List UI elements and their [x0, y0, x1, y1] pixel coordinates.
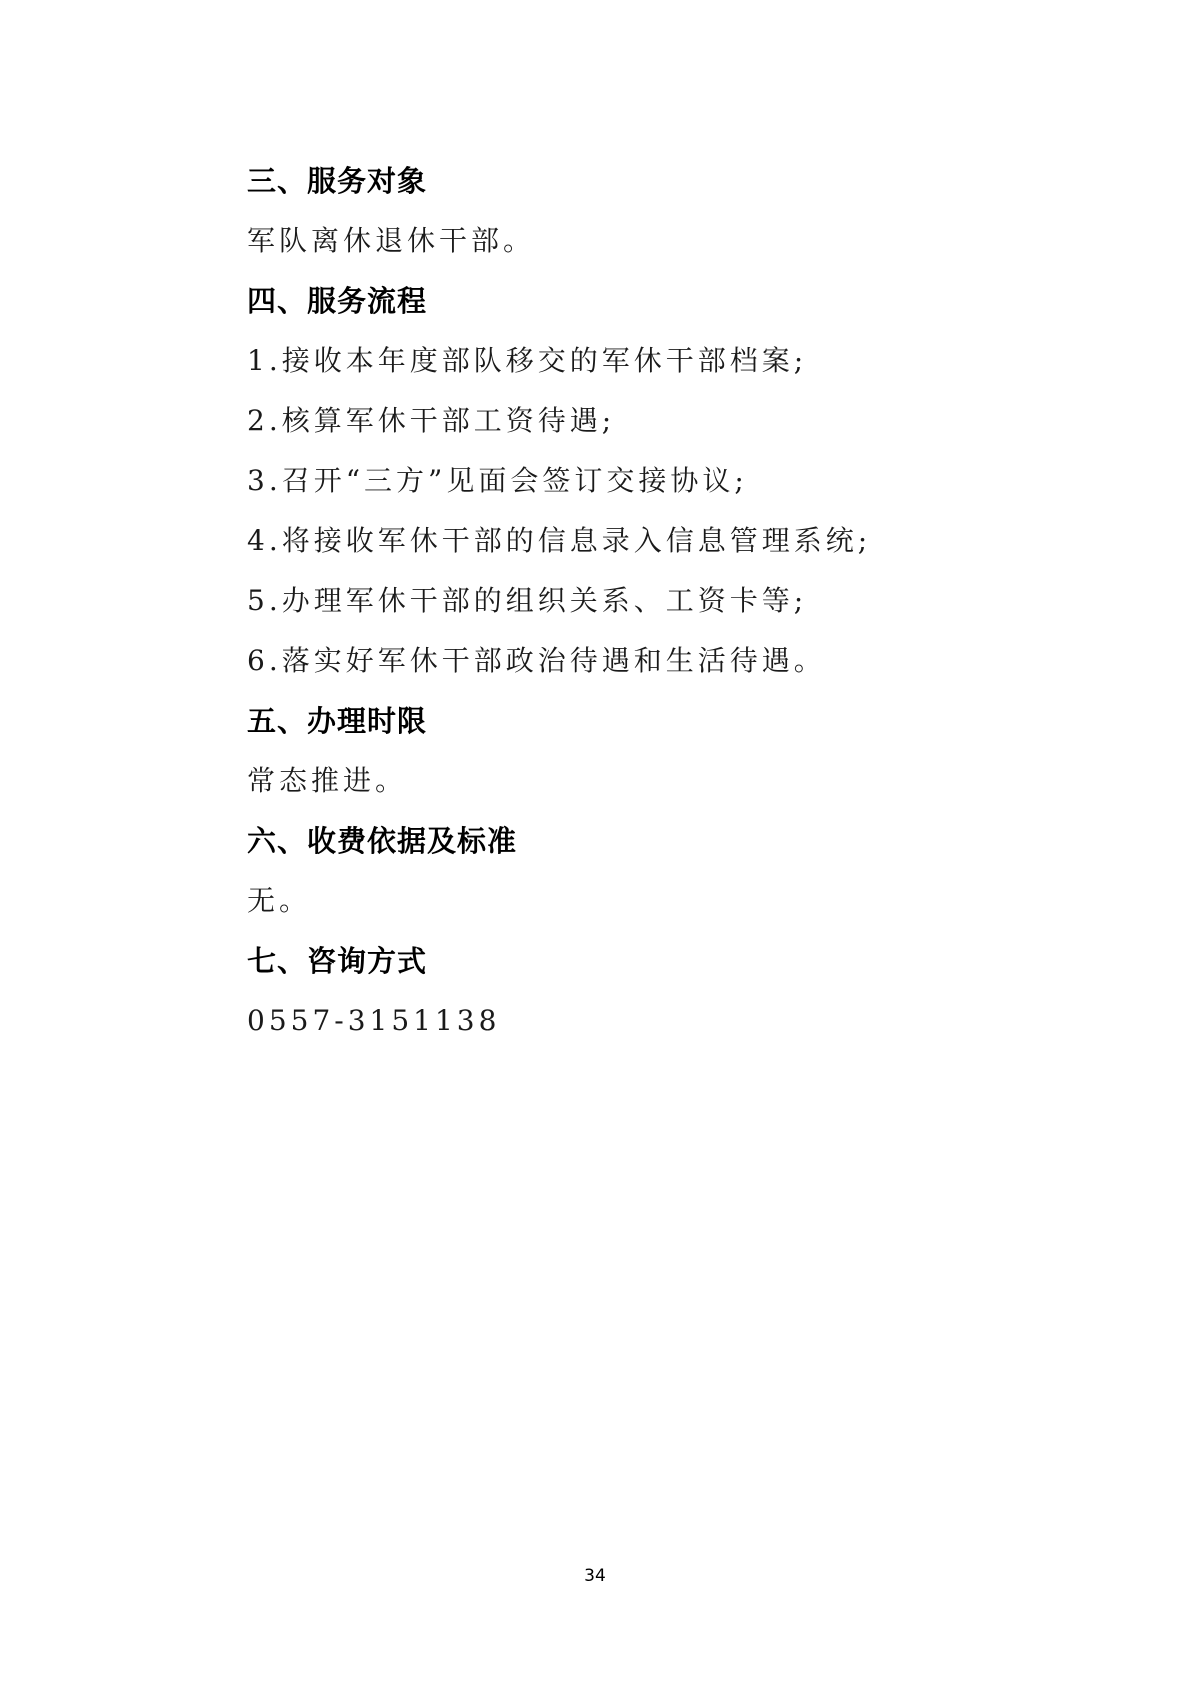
document-content: 三、服务对象 军队离休退休干部。 四、服务流程 1.接收本年度部队移交的军休干部…: [247, 158, 1007, 1058]
process-step-4: 4.将接收军休干部的信息录入信息管理系统;: [247, 518, 1007, 578]
page-number: 34: [0, 1566, 1190, 1586]
section-heading-time-limit: 五、办理时限: [247, 698, 1007, 758]
section-heading-consultation: 七、咨询方式: [247, 938, 1007, 998]
time-limit-text: 常态推进。: [247, 758, 1007, 818]
fees-text: 无。: [247, 878, 1007, 938]
process-step-6: 6.落实好军休干部政治待遇和生活待遇。: [247, 638, 1007, 698]
section-heading-fees: 六、收费依据及标准: [247, 818, 1007, 878]
process-step-1: 1.接收本年度部队移交的军休干部档案;: [247, 338, 1007, 398]
section-heading-service-target: 三、服务对象: [247, 158, 1007, 218]
section-heading-service-process: 四、服务流程: [247, 278, 1007, 338]
process-step-2: 2.核算军休干部工资待遇;: [247, 398, 1007, 458]
consultation-phone: 0557-3151138: [247, 998, 1007, 1058]
process-step-5: 5.办理军休干部的组织关系、工资卡等;: [247, 578, 1007, 638]
document-page: 三、服务对象 军队离休退休干部。 四、服务流程 1.接收本年度部队移交的军休干部…: [0, 0, 1190, 1683]
process-step-3: 3.召开“三方”见面会签订交接协议;: [247, 458, 1007, 518]
service-target-text: 军队离休退休干部。: [247, 218, 1007, 278]
